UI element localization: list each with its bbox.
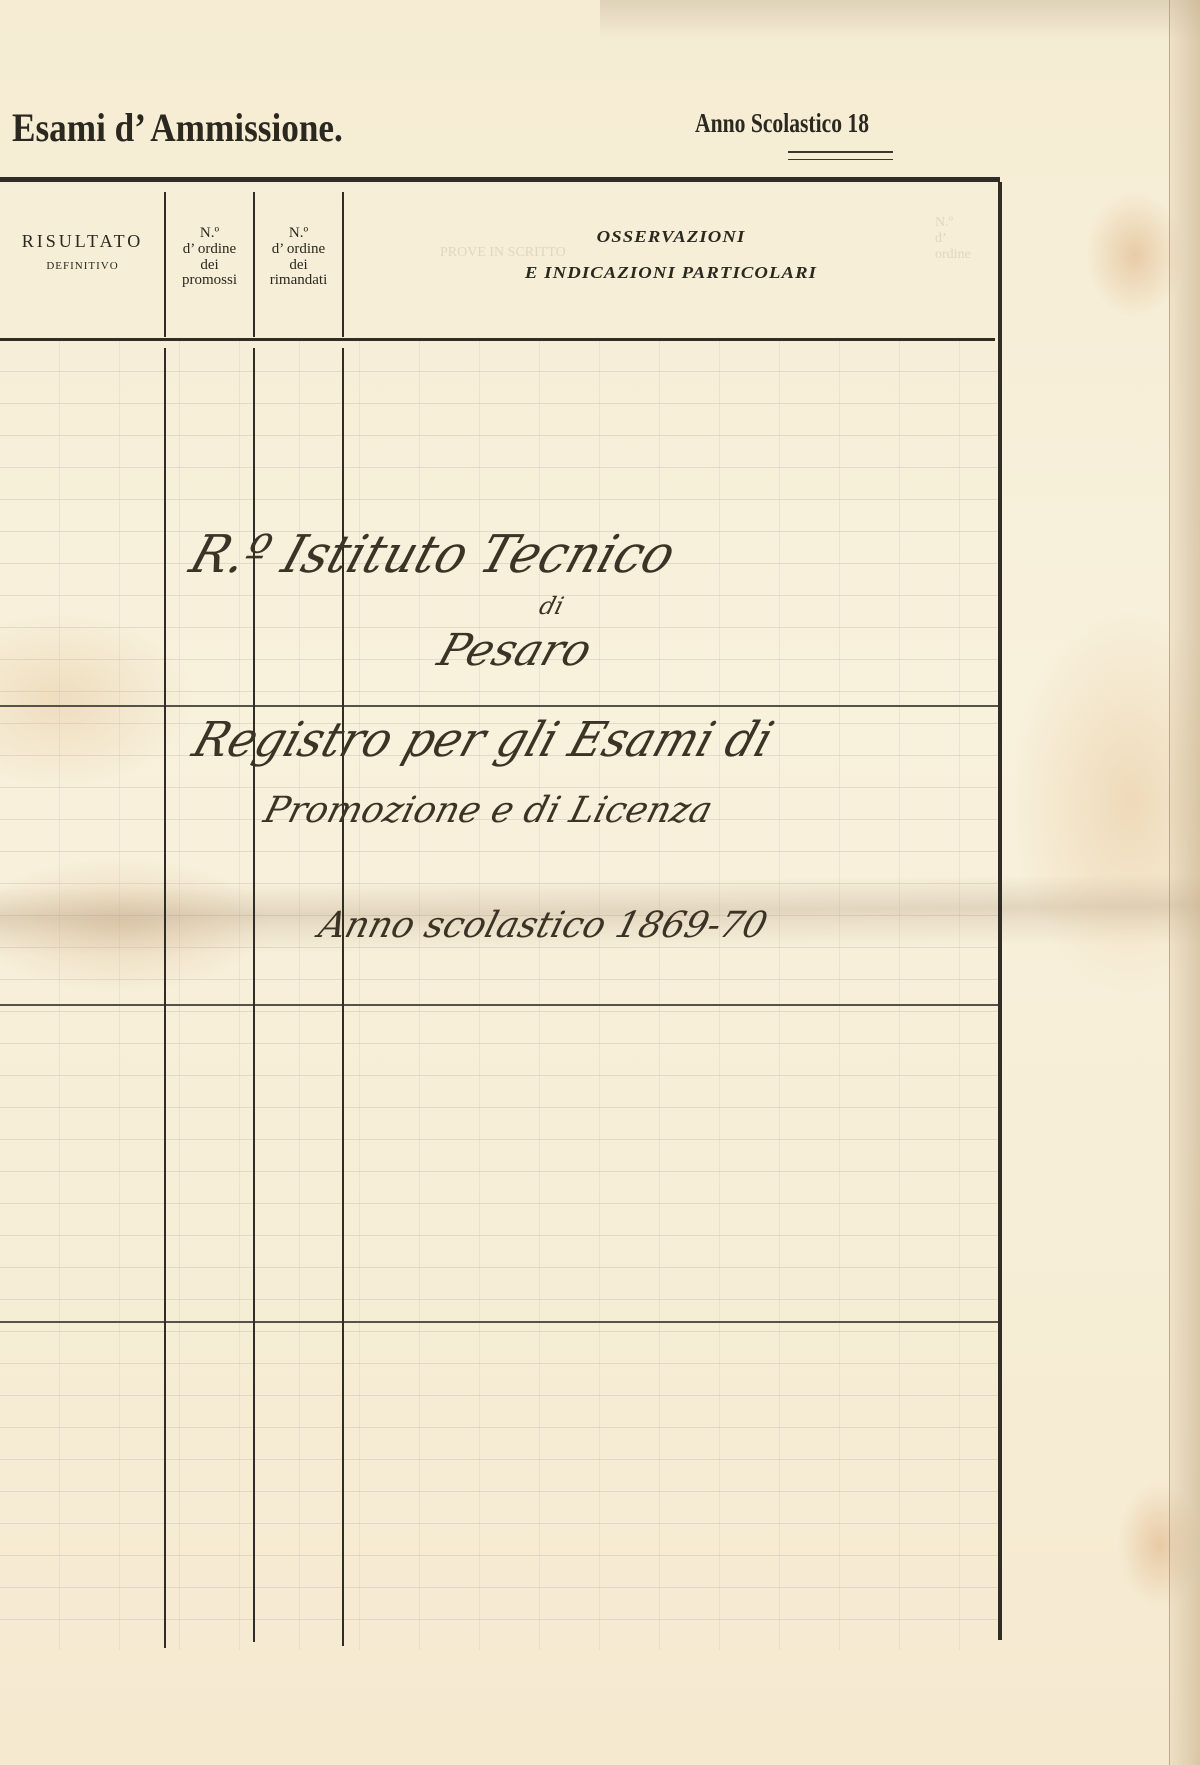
column-header-result-subtitle: DEFINITIVO	[0, 261, 165, 273]
header-line: promossi	[166, 273, 253, 289]
column-header-result: RISULTATO DEFINITIVO	[0, 232, 165, 272]
year-underline	[788, 151, 893, 160]
row-separator-2	[0, 1004, 1000, 1006]
table-right-border	[998, 182, 1002, 1640]
header-line: OSSERVAZIONI	[309, 228, 1033, 246]
header-line: N.º	[166, 226, 253, 242]
row-separator-3	[0, 1321, 998, 1323]
header-line: d’ ordine	[166, 242, 253, 258]
table-top-rule	[0, 177, 1000, 182]
header-bottom-rule	[0, 338, 995, 341]
header-line: dei	[166, 258, 253, 274]
handwritten-exam-types: Promozione e di Licenza	[260, 790, 717, 831]
handwritten-school-year: Anno scolastico 1869-70	[315, 905, 772, 946]
column-divider-1	[164, 348, 166, 1648]
handwritten-institute-name: R.º Istituto Tecnico	[183, 525, 683, 585]
school-year-label: Anno Scolastico 18	[695, 108, 869, 139]
column-header-observations: OSSERVAZIONI E INDICAZIONI PARTICOLARI	[309, 228, 1033, 282]
header-line: E INDICAZIONI PARTICOLARI	[309, 264, 1033, 282]
handwritten-register-title: Registro per gli Esami di	[186, 712, 780, 768]
page-title: Esami d’ Ammissione.	[12, 104, 343, 151]
torn-top-edge	[600, 0, 1200, 40]
page-stack-edge	[1169, 0, 1200, 1765]
column-header-promoted: N.º d’ ordine dei promossi	[166, 226, 253, 289]
column-header-result-title: RISULTATO	[0, 232, 165, 251]
handwritten-city: Pesaro	[432, 625, 599, 676]
row-separator-1	[0, 705, 1002, 707]
